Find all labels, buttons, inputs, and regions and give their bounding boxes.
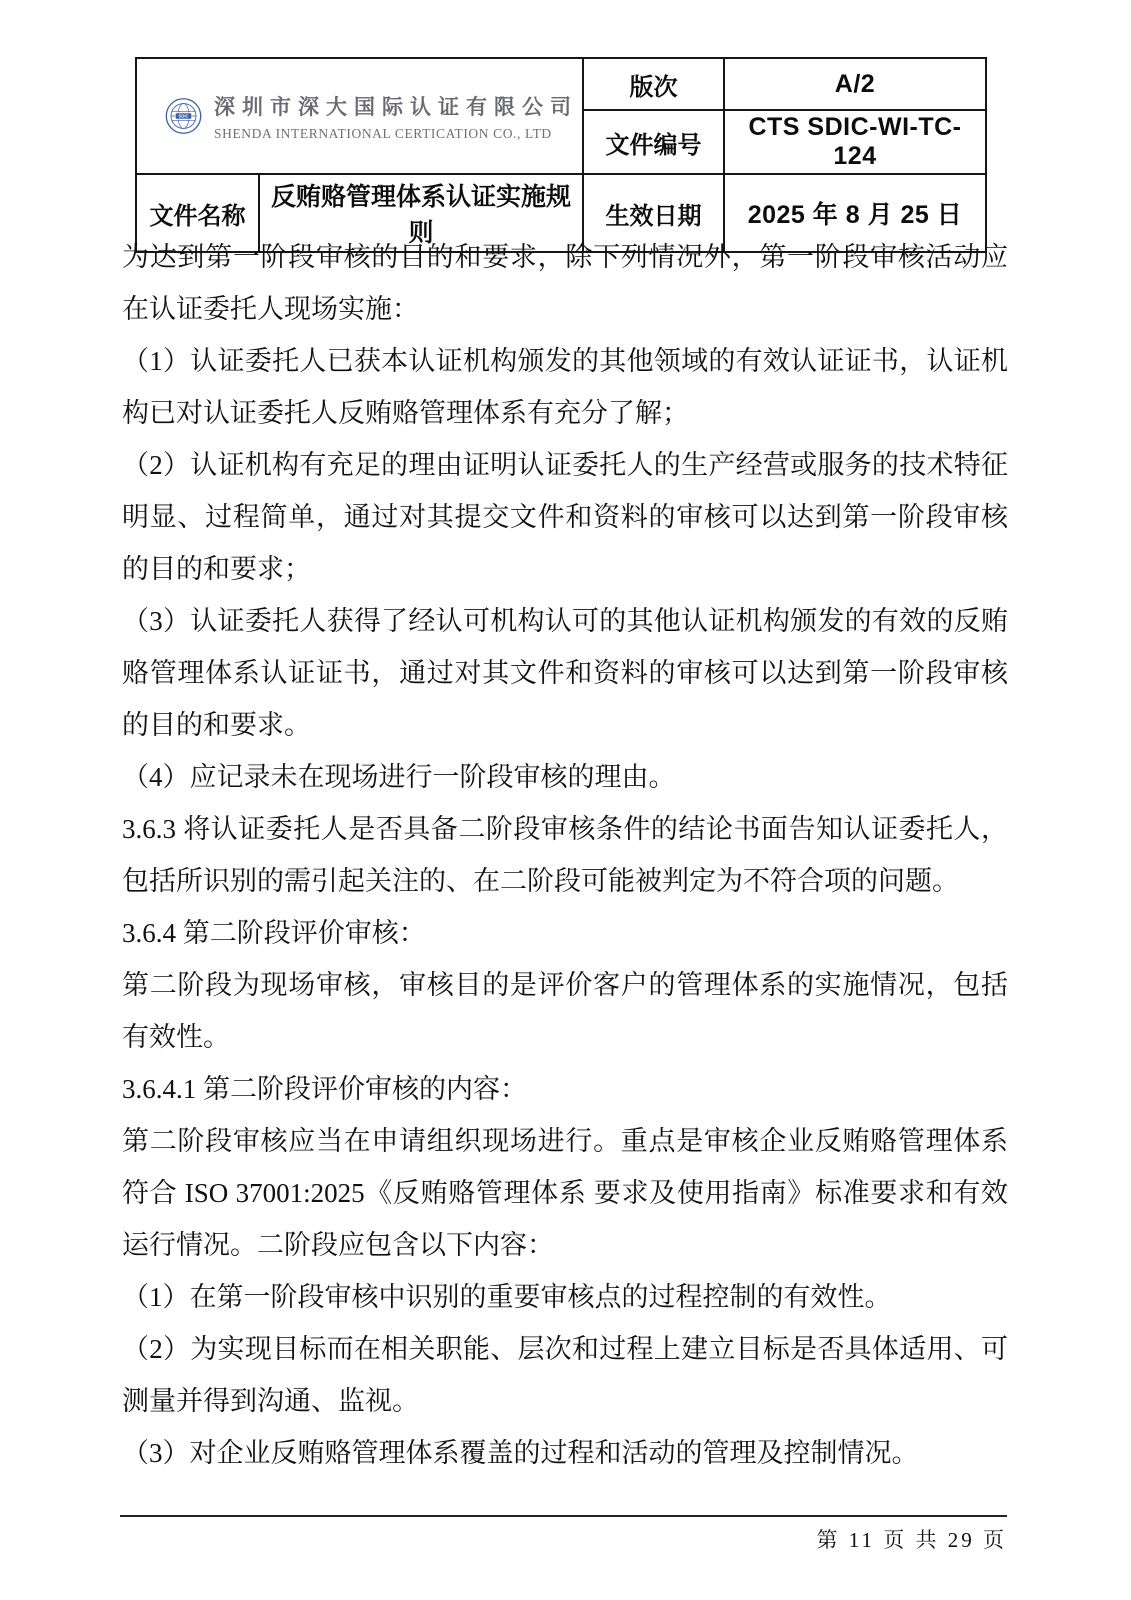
footer-divider (120, 1515, 1007, 1517)
paragraph-item-3: （3）认证委托人获得了经认可机构认可的其他认证机构颁发的有效的反贿赂管理体系认证… (122, 595, 1008, 751)
paragraph-stage2-item-2: （2）为实现目标而在相关职能、层次和过程上建立目标是否具体适用、可测量并得到沟通… (122, 1323, 1008, 1427)
paragraph-intro: 为达到第一阶段审核的目的和要求，除下列情况外，第一阶段审核活动应在认证委托人现场… (122, 231, 1008, 335)
page-number: 第 11 页 共 29 页 (120, 1524, 1007, 1554)
document-page: SDIC 深圳市深大国际认证有限公司 SHENDA INTERNATIONAL … (0, 0, 1131, 1600)
company-name-en: SHENDA INTERNATIONAL CERTICATION CO., LT… (214, 126, 578, 142)
paragraph-item-4: （4）应记录未在现场进行一阶段审核的理由。 (122, 751, 1008, 803)
doc-number-label: 文件编号 (583, 110, 724, 174)
company-name-cn: 深圳市深大国际认证有限公司 (214, 91, 578, 121)
paragraph-stage2-item-1: （1）在第一阶段审核中识别的重要审核点的过程控制的有效性。 (122, 1271, 1008, 1323)
document-header-table: SDIC 深圳市深大国际认证有限公司 SHENDA INTERNATIONAL … (135, 57, 987, 253)
logo-badge-text: SDIC (178, 114, 188, 119)
paragraph-stage2-content: 第二阶段审核应当在申请组织现场进行。重点是审核企业反贿赂管理体系符合 ISO 3… (122, 1115, 1008, 1271)
paragraph-3-6-4: 3.6.4 第二阶段评价审核： (122, 907, 1008, 959)
version-label: 版次 (583, 58, 724, 110)
paragraph-3-6-3: 3.6.3 将认证委托人是否具备二阶段审核条件的结论书面告知认证委托人，包括所识… (122, 803, 1008, 907)
paragraph-stage2-item-3: （3）对企业反贿赂管理体系覆盖的过程和活动的管理及控制情况。 (122, 1427, 1008, 1479)
logo-cell: SDIC 深圳市深大国际认证有限公司 SHENDA INTERNATIONAL … (136, 58, 583, 174)
company-logo-icon: SDIC (165, 73, 202, 159)
version-value: A/2 (724, 58, 986, 110)
paragraph-3-6-4-1: 3.6.4.1 第二阶段评价审核的内容： (122, 1063, 1008, 1115)
doc-number-value: CTS SDIC-WI-TC-124 (724, 110, 986, 174)
paragraph-item-2: （2）认证机构有充足的理由证明认证委托人的生产经营或服务的技术特征明显、过程简单… (122, 439, 1008, 595)
document-body: 为达到第一阶段审核的目的和要求，除下列情况外，第一阶段审核活动应在认证委托人现场… (122, 231, 1008, 1479)
page-footer: 第 11 页 共 29 页 (120, 1515, 1007, 1554)
paragraph-item-1: （1）认证委托人已获本认证机构颁发的其他领域的有效认证证书，认证机构已对认证委托… (122, 335, 1008, 439)
paragraph-stage2-desc: 第二阶段为现场审核，审核目的是评价客户的管理体系的实施情况，包括有效性。 (122, 959, 1008, 1063)
